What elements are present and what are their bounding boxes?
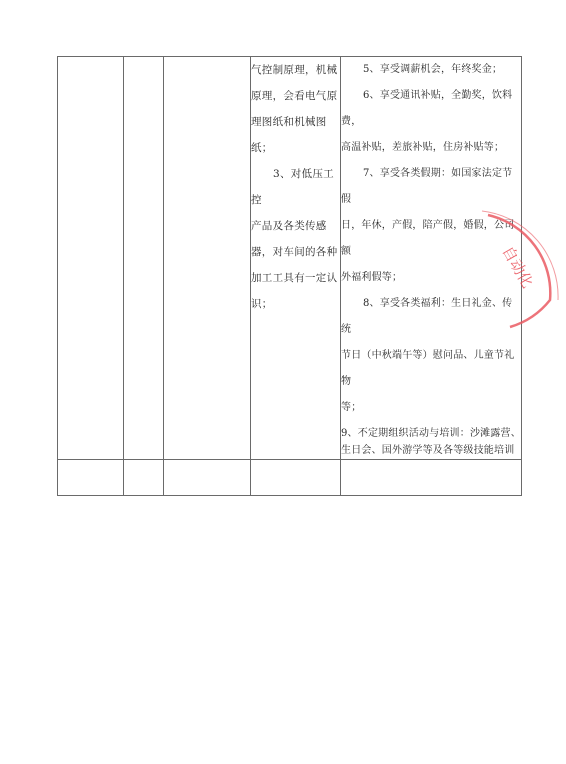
job-table: 气控制原理，机械 原理，会看电气原 理图纸和机械图 纸； 3、对低压工控 产品及… <box>57 56 522 496</box>
benefit-line: 8、享受各类福利：生日礼金、传统 <box>341 291 521 343</box>
benefit-line: 日，年休，产假，陪产假，婚假，公司额 <box>341 213 521 265</box>
requirement-line: 产品及各类传感 <box>251 213 340 239</box>
benefit-line: 等； <box>341 395 521 421</box>
benefit-line: 高温补贴，差旅补贴，住房补贴等； <box>341 135 521 161</box>
benefit-line: 5、享受调薪机会，年终奖金； <box>341 57 521 83</box>
cell-empty <box>58 460 124 496</box>
benefit-line: 外福利假等； <box>341 265 521 291</box>
cell-empty <box>124 460 164 496</box>
benefit-line: 6、享受通讯补贴，全勤奖，饮料费， <box>341 83 521 135</box>
benefit-line: 节日（中秋端午等）慰问品、儿童节礼物 <box>341 343 521 395</box>
requirement-line: 纸； <box>251 135 340 161</box>
cell-empty <box>58 57 124 460</box>
benefits-cell: 5、享受调薪机会，年终奖金； 6、享受通讯补贴，全勤奖，饮料费， 高温补贴，差旅… <box>341 57 522 460</box>
cell-empty <box>251 460 341 496</box>
requirement-line: 加工工具有一定认 <box>251 265 340 291</box>
benefit-line: 7、享受各类假期：如国家法定节假 <box>341 161 521 213</box>
table-row: 气控制原理，机械 原理，会看电气原 理图纸和机械图 纸； 3、对低压工控 产品及… <box>58 57 522 460</box>
cell-empty <box>341 460 522 496</box>
requirement-line: 3、对低压工控 <box>251 161 340 213</box>
requirements-cell: 气控制原理，机械 原理，会看电气原 理图纸和机械图 纸； 3、对低压工控 产品及… <box>251 57 341 460</box>
requirement-line: 器，对车间的各种 <box>251 239 340 265</box>
requirement-line: 识； <box>251 291 340 317</box>
requirement-line: 气控制原理，机械 <box>251 57 340 83</box>
requirement-line: 理图纸和机械图 <box>251 109 340 135</box>
document-page: 气控制原理，机械 原理，会看电气原 理图纸和机械图 纸； 3、对低压工控 产品及… <box>0 0 566 764</box>
cell-empty <box>124 57 164 460</box>
benefit-line: 生日会、国外游学等及各等级技能培训 <box>341 442 521 459</box>
requirement-line: 原理，会看电气原 <box>251 83 340 109</box>
benefit-line: 9、不定期组织活动与培训：沙滩露营、 <box>341 425 521 442</box>
cell-empty <box>164 57 251 460</box>
table-row <box>58 460 522 496</box>
cell-empty <box>164 460 251 496</box>
